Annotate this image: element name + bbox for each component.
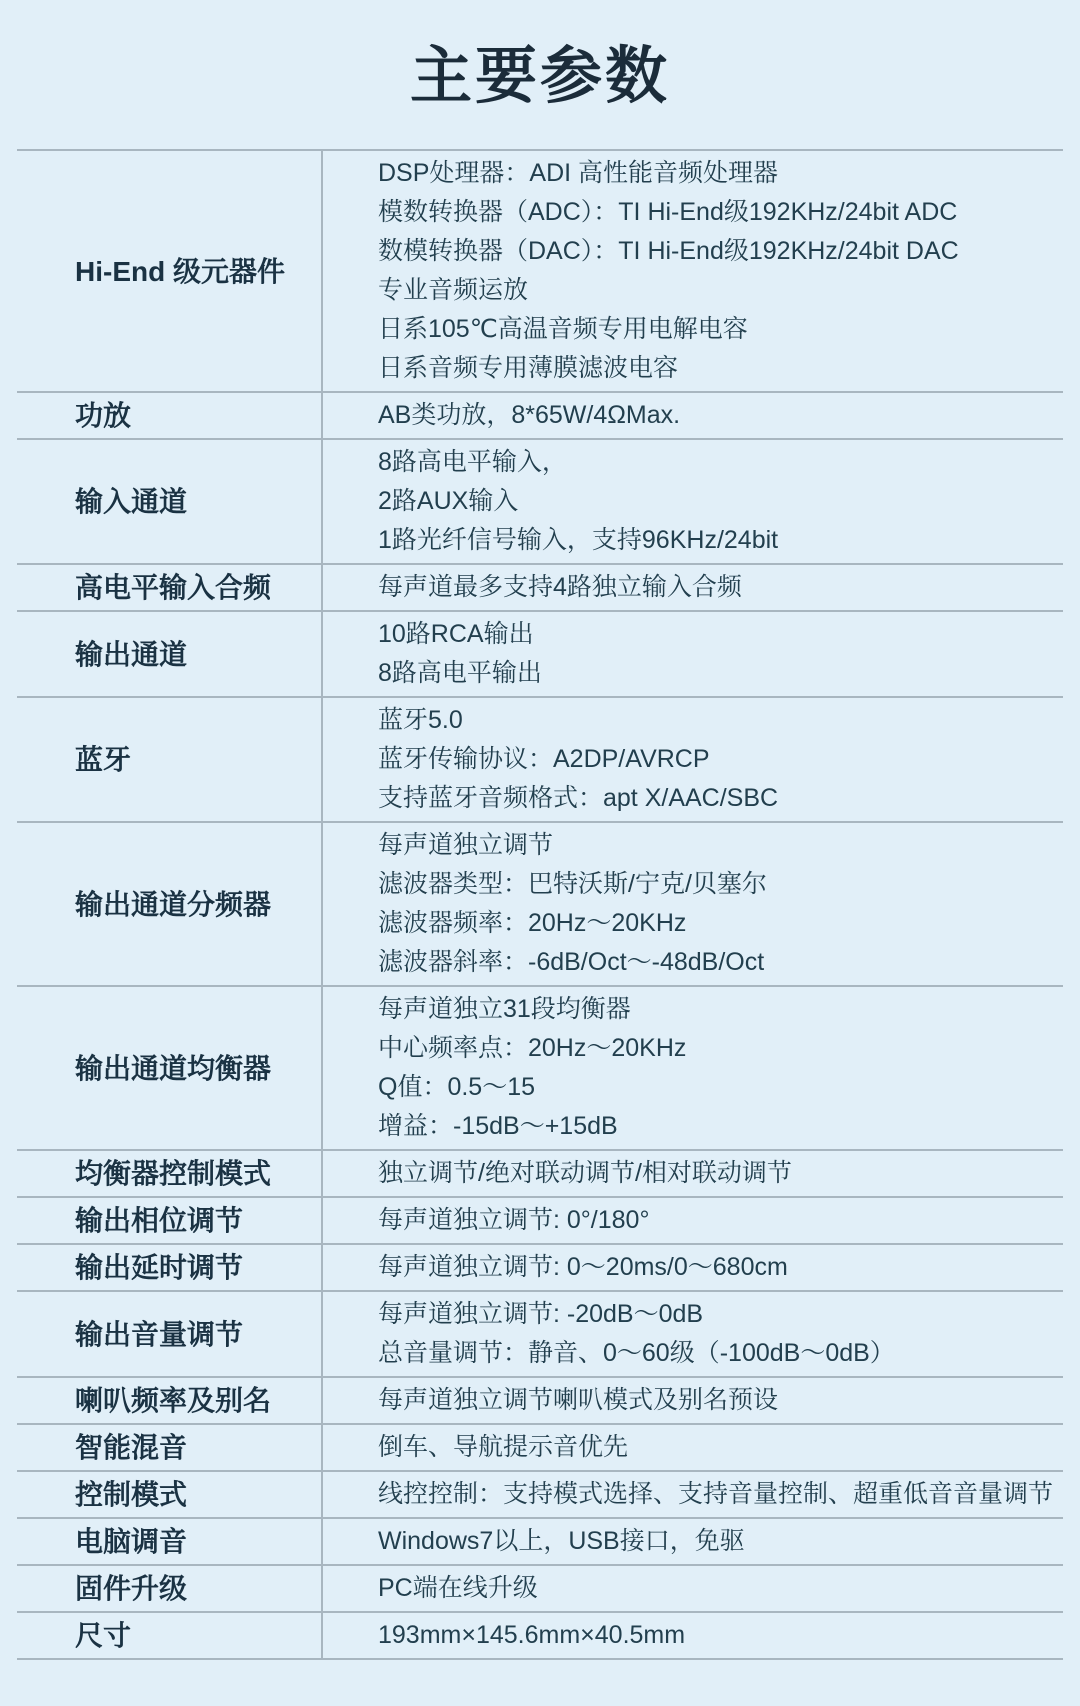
spec-value-line: 每声道独立调节: 0°/180° (378, 1201, 1043, 1240)
spec-table: Hi-End 级元器件DSP处理器：ADI 高性能音频处理器模数转换器（ADC）… (17, 149, 1063, 1660)
spec-row: 功放AB类功放，8*65W/4ΩMax. (17, 392, 1063, 439)
spec-value-line: AB类功放，8*65W/4ΩMax. (378, 396, 1043, 435)
spec-label: 输出音量调节 (17, 1291, 322, 1377)
spec-value: 每声道独立调节喇叭模式及别名预设 (322, 1377, 1063, 1424)
spec-value: DSP处理器：ADI 高性能音频处理器模数转换器（ADC）：TI Hi-End级… (322, 150, 1063, 392)
spec-value-line: Windows7以上，USB接口，免驱 (378, 1522, 1043, 1561)
spec-value: Windows7以上，USB接口，免驱 (322, 1518, 1063, 1565)
spec-value-line: 数模转换器（DAC）：TI Hi-End级192KHz/24bit DAC (378, 232, 1043, 271)
spec-value-line: 滤波器类型：巴特沃斯/宁克/贝塞尔 (378, 865, 1043, 904)
spec-value-line: 193mm×145.6mm×40.5mm (378, 1616, 1043, 1655)
spec-value-line: 线控控制：支持模式选择、支持音量控制、超重低音音量调节 (378, 1475, 1043, 1514)
spec-value-line: 1路光纤信号输入，支持96KHz/24bit (378, 521, 1043, 560)
spec-value: 每声道独立调节滤波器类型：巴特沃斯/宁克/贝塞尔滤波器频率：20Hz～20KHz… (322, 822, 1063, 986)
spec-row: 均衡器控制模式独立调节/绝对联动调节/相对联动调节 (17, 1150, 1063, 1197)
spec-value: AB类功放，8*65W/4ΩMax. (322, 392, 1063, 439)
spec-label: 输出通道 (17, 611, 322, 697)
spec-value-line: 每声道独立31段均衡器 (378, 990, 1043, 1029)
spec-row: 输出相位调节每声道独立调节: 0°/180° (17, 1197, 1063, 1244)
spec-value-line: 增益：-15dB～+15dB (378, 1107, 1043, 1146)
spec-value-line: 日系105℃高温音频专用电解电容 (378, 310, 1043, 349)
spec-value: 每声道最多支持4路独立输入合频 (322, 564, 1063, 611)
spec-row: 输出通道10路RCA输出8路高电平输出 (17, 611, 1063, 697)
spec-label: 蓝牙 (17, 697, 322, 822)
spec-value-line: 模数转换器（ADC）：TI Hi-End级192KHz/24bit ADC (378, 193, 1043, 232)
spec-value: 193mm×145.6mm×40.5mm (322, 1612, 1063, 1659)
spec-label: 输出相位调节 (17, 1197, 322, 1244)
spec-value-line: 支持蓝牙音频格式：apt X/AAC/SBC (378, 779, 1043, 818)
spec-label: 电脑调音 (17, 1518, 322, 1565)
spec-value-line: 滤波器斜率：-6dB/Oct～-48dB/Oct (378, 943, 1043, 982)
spec-row: 输出通道分频器每声道独立调节滤波器类型：巴特沃斯/宁克/贝塞尔滤波器频率：20H… (17, 822, 1063, 986)
spec-value: PC端在线升级 (322, 1565, 1063, 1612)
spec-value-line: 中心频率点：20Hz～20KHz (378, 1029, 1043, 1068)
spec-label: 喇叭频率及别名 (17, 1377, 322, 1424)
spec-label: 控制模式 (17, 1471, 322, 1518)
spec-label: 功放 (17, 392, 322, 439)
spec-value-line: 8路高电平输入， (378, 443, 1043, 482)
spec-value: 每声道独立调节: 0°/180° (322, 1197, 1063, 1244)
spec-value-line: 倒车、导航提示音优先 (378, 1428, 1043, 1467)
spec-row: 固件升级PC端在线升级 (17, 1565, 1063, 1612)
spec-label: 输入通道 (17, 439, 322, 564)
spec-row: 蓝牙蓝牙5.0蓝牙传输协议：A2DP/AVRCP支持蓝牙音频格式：apt X/A… (17, 697, 1063, 822)
spec-value-line: 日系音频专用薄膜滤波电容 (378, 349, 1043, 388)
spec-value-line: 独立调节/绝对联动调节/相对联动调节 (378, 1154, 1043, 1193)
spec-label: 高电平输入合频 (17, 564, 322, 611)
spec-label: 均衡器控制模式 (17, 1150, 322, 1197)
spec-value: 倒车、导航提示音优先 (322, 1424, 1063, 1471)
spec-value-line: 专业音频运放 (378, 271, 1043, 310)
spec-row: 输出通道均衡器每声道独立31段均衡器中心频率点：20Hz～20KHzQ值：0.5… (17, 986, 1063, 1150)
spec-row: 输出延时调节每声道独立调节: 0～20ms/0～680cm (17, 1244, 1063, 1291)
spec-value: 独立调节/绝对联动调节/相对联动调节 (322, 1150, 1063, 1197)
spec-value-line: PC端在线升级 (378, 1569, 1043, 1608)
spec-label: 输出通道均衡器 (17, 986, 322, 1150)
spec-value-line: 蓝牙5.0 (378, 701, 1043, 740)
spec-value: 10路RCA输出8路高电平输出 (322, 611, 1063, 697)
spec-row: 输出音量调节每声道独立调节: -20dB～0dB总音量调节：静音、0～60级（-… (17, 1291, 1063, 1377)
spec-value: 8路高电平输入，2路AUX输入1路光纤信号输入，支持96KHz/24bit (322, 439, 1063, 564)
spec-value: 每声道独立调节: 0～20ms/0～680cm (322, 1244, 1063, 1291)
spec-value-line: DSP处理器：ADI 高性能音频处理器 (378, 154, 1043, 193)
spec-value-line: 每声道独立调节 (378, 826, 1043, 865)
spec-row: 控制模式线控控制：支持模式选择、支持音量控制、超重低音音量调节 (17, 1471, 1063, 1518)
spec-value-line: 每声道独立调节喇叭模式及别名预设 (378, 1381, 1043, 1420)
spec-row: 高电平输入合频每声道最多支持4路独立输入合频 (17, 564, 1063, 611)
spec-row: 喇叭频率及别名每声道独立调节喇叭模式及别名预设 (17, 1377, 1063, 1424)
spec-label: Hi-End 级元器件 (17, 150, 322, 392)
spec-value: 每声道独立调节: -20dB～0dB总音量调节：静音、0～60级（-100dB～… (322, 1291, 1063, 1377)
spec-row: 智能混音倒车、导航提示音优先 (17, 1424, 1063, 1471)
spec-label: 尺寸 (17, 1612, 322, 1659)
spec-value-line: 每声道最多支持4路独立输入合频 (378, 568, 1043, 607)
spec-value-line: Q值：0.5～15 (378, 1068, 1043, 1107)
spec-row: 尺寸193mm×145.6mm×40.5mm (17, 1612, 1063, 1659)
spec-value-line: 2路AUX输入 (378, 482, 1043, 521)
spec-value-line: 蓝牙传输协议：A2DP/AVRCP (378, 740, 1043, 779)
spec-table-body: Hi-End 级元器件DSP处理器：ADI 高性能音频处理器模数转换器（ADC）… (17, 150, 1063, 1659)
page-title: 主要参数 (0, 0, 1080, 115)
spec-label: 智能混音 (17, 1424, 322, 1471)
spec-value-line: 每声道独立调节: 0～20ms/0～680cm (378, 1248, 1043, 1287)
spec-row: 电脑调音Windows7以上，USB接口，免驱 (17, 1518, 1063, 1565)
spec-label: 固件升级 (17, 1565, 322, 1612)
spec-row: 输入通道8路高电平输入，2路AUX输入1路光纤信号输入，支持96KHz/24bi… (17, 439, 1063, 564)
spec-value: 线控控制：支持模式选择、支持音量控制、超重低音音量调节 (322, 1471, 1063, 1518)
spec-value-line: 每声道独立调节: -20dB～0dB (378, 1295, 1043, 1334)
spec-value: 每声道独立31段均衡器中心频率点：20Hz～20KHzQ值：0.5～15增益：-… (322, 986, 1063, 1150)
spec-label: 输出延时调节 (17, 1244, 322, 1291)
spec-value-line: 10路RCA输出 (378, 615, 1043, 654)
spec-value-line: 总音量调节：静音、0～60级（-100dB～0dB） (378, 1334, 1043, 1373)
spec-label: 输出通道分频器 (17, 822, 322, 986)
spec-value: 蓝牙5.0蓝牙传输协议：A2DP/AVRCP支持蓝牙音频格式：apt X/AAC… (322, 697, 1063, 822)
spec-value-line: 8路高电平输出 (378, 654, 1043, 693)
spec-row: Hi-End 级元器件DSP处理器：ADI 高性能音频处理器模数转换器（ADC）… (17, 150, 1063, 392)
spec-value-line: 滤波器频率：20Hz～20KHz (378, 904, 1043, 943)
